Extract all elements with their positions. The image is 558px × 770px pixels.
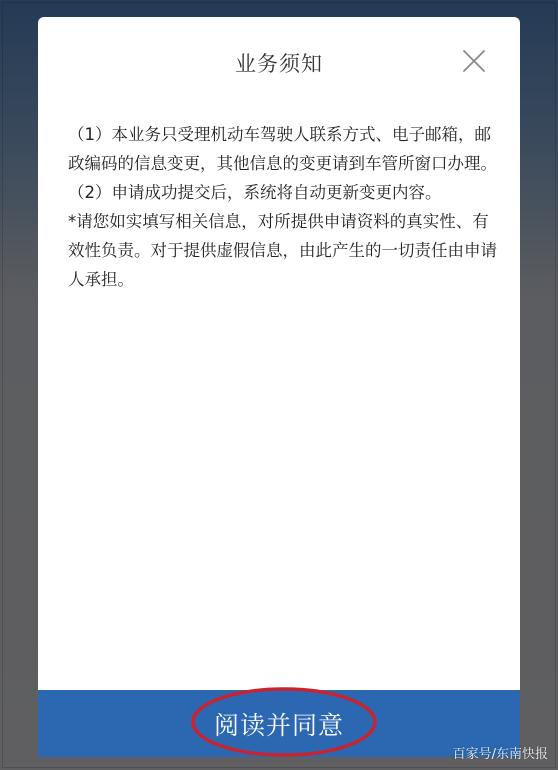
modal-title: 业务须知	[38, 48, 520, 78]
watermark: 百家号/东南快报	[453, 743, 548, 762]
read-and-agree-button[interactable]: 阅读并同意	[38, 690, 520, 757]
notice-paragraph-disclaimer: *请您如实填写相关信息，对所提供申请资料的真实性、有效性负责。对于提供虚假信息，…	[68, 207, 498, 294]
notice-modal: 业务须知 （1）本业务只受理机动车驾驶人联系方式、电子邮箱，邮政编码的信息变更，…	[38, 17, 520, 757]
notice-paragraph-2: （2）申请成功提交后，系统将自动更新变更内容。	[68, 178, 498, 207]
close-button[interactable]	[462, 49, 486, 73]
close-icon	[462, 49, 486, 73]
modal-header: 业务须知	[38, 17, 520, 107]
notice-paragraph-1: （1）本业务只受理机动车驾驶人联系方式、电子邮箱，邮政编码的信息变更，其他信息的…	[68, 120, 498, 178]
notice-body: （1）本业务只受理机动车驾驶人联系方式、电子邮箱，邮政编码的信息变更，其他信息的…	[68, 120, 498, 294]
